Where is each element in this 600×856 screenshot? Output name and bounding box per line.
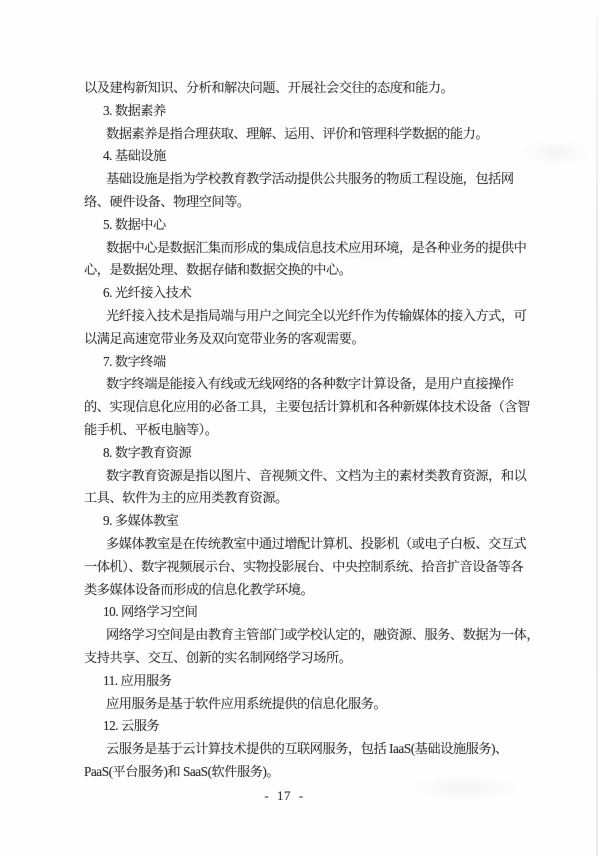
text-line: 云服务是基于云计算技术提供的互联网服务，包括 IaaS(基础设施服务)、 xyxy=(84,738,516,761)
text-line: 一体机）、数字视频展示台、实物投影展台、中央控制系统、拾音扩音设备等各 xyxy=(84,556,516,579)
text-line: 络、硬件设备、物理空间等。 xyxy=(84,191,516,214)
text-line: 数据中心是数据汇集而形成的集成信息技术应用环境，是各种业务的提供中 xyxy=(84,237,516,260)
text-line: 以满足高速宽带业务及双向宽带业务的客观需要。 xyxy=(84,328,516,351)
text-line: 的、实现信息化应用的必备工具，主要包括计算机和各种新媒体技术设备（含智 xyxy=(84,396,516,419)
scanned-document-page: 以及建构新知识、分析和解决问题、开展社会交往的态度和能力。3. 数据素养数据素养… xyxy=(0,0,600,856)
section-heading: 5. 数据中心 xyxy=(84,214,516,237)
document-lines: 以及建构新知识、分析和解决问题、开展社会交往的态度和能力。3. 数据素养数据素养… xyxy=(84,77,516,784)
text-line: 数字终端是能接入有线或无线网络的各种数字计算设备，是用户直接操作 xyxy=(84,373,516,396)
text-line: 数据素养是指合理获取、理解、运用、评价和管理科学数据的能力。 xyxy=(84,123,516,146)
text-line: 心，是数据处理、数据存储和数据交换的中心。 xyxy=(84,259,516,282)
section-heading: 9. 多媒体教室 xyxy=(84,510,516,533)
section-heading: 6. 光纤接入技术 xyxy=(84,282,516,305)
text-line: 基础设施是指为学校教育教学活动提供公共服务的物质工程设施，包括网 xyxy=(84,168,516,191)
text-line: 网络学习空间是由教育主管部门或学校认定的，融资源、服务、数据为一体， xyxy=(84,624,516,647)
section-heading: 10. 网络学习空间 xyxy=(84,601,516,624)
text-line: 工具、软件为主的应用类教育资源。 xyxy=(84,487,516,510)
text-line: 光纤接入技术是指局端与用户之间完全以光纤作为传输媒体的接入方式，可 xyxy=(84,305,516,328)
scan-smudge xyxy=(520,140,590,166)
page-number: - 17 - xyxy=(84,788,484,804)
section-heading: 4. 基础设施 xyxy=(84,145,516,168)
text-line: 支持共享、交互、创新的实名制网络学习场所。 xyxy=(84,647,516,670)
text-line: 以及建构新知识、分析和解决问题、开展社会交往的态度和能力。 xyxy=(84,77,516,100)
text-line: 类多媒体设备而形成的信息化教学环境。 xyxy=(84,579,516,602)
section-heading: 11. 应用服务 xyxy=(84,670,516,693)
section-heading: 8. 数字教育资源 xyxy=(84,442,516,465)
text-line: PaaS(平台服务)和 SaaS(软件服务)。 xyxy=(84,761,516,784)
section-heading: 3. 数据素养 xyxy=(84,100,516,123)
section-heading: 12. 云服务 xyxy=(84,715,516,738)
scan-artifact-line xyxy=(596,18,598,856)
text-line: 数字教育资源是指以图片、音视频文件、文档为主的素材类教育资源，和以 xyxy=(84,465,516,488)
text-line: 能手机、平板电脑等）。 xyxy=(84,419,516,442)
text-line: 多媒体教室是在传统教室中通过增配计算机、投影机（或电子白板、交互式 xyxy=(84,533,516,556)
section-heading: 7. 数字终端 xyxy=(84,351,516,374)
text-line: 应用服务是基于软件应用系统提供的信息化服务。 xyxy=(84,693,516,716)
